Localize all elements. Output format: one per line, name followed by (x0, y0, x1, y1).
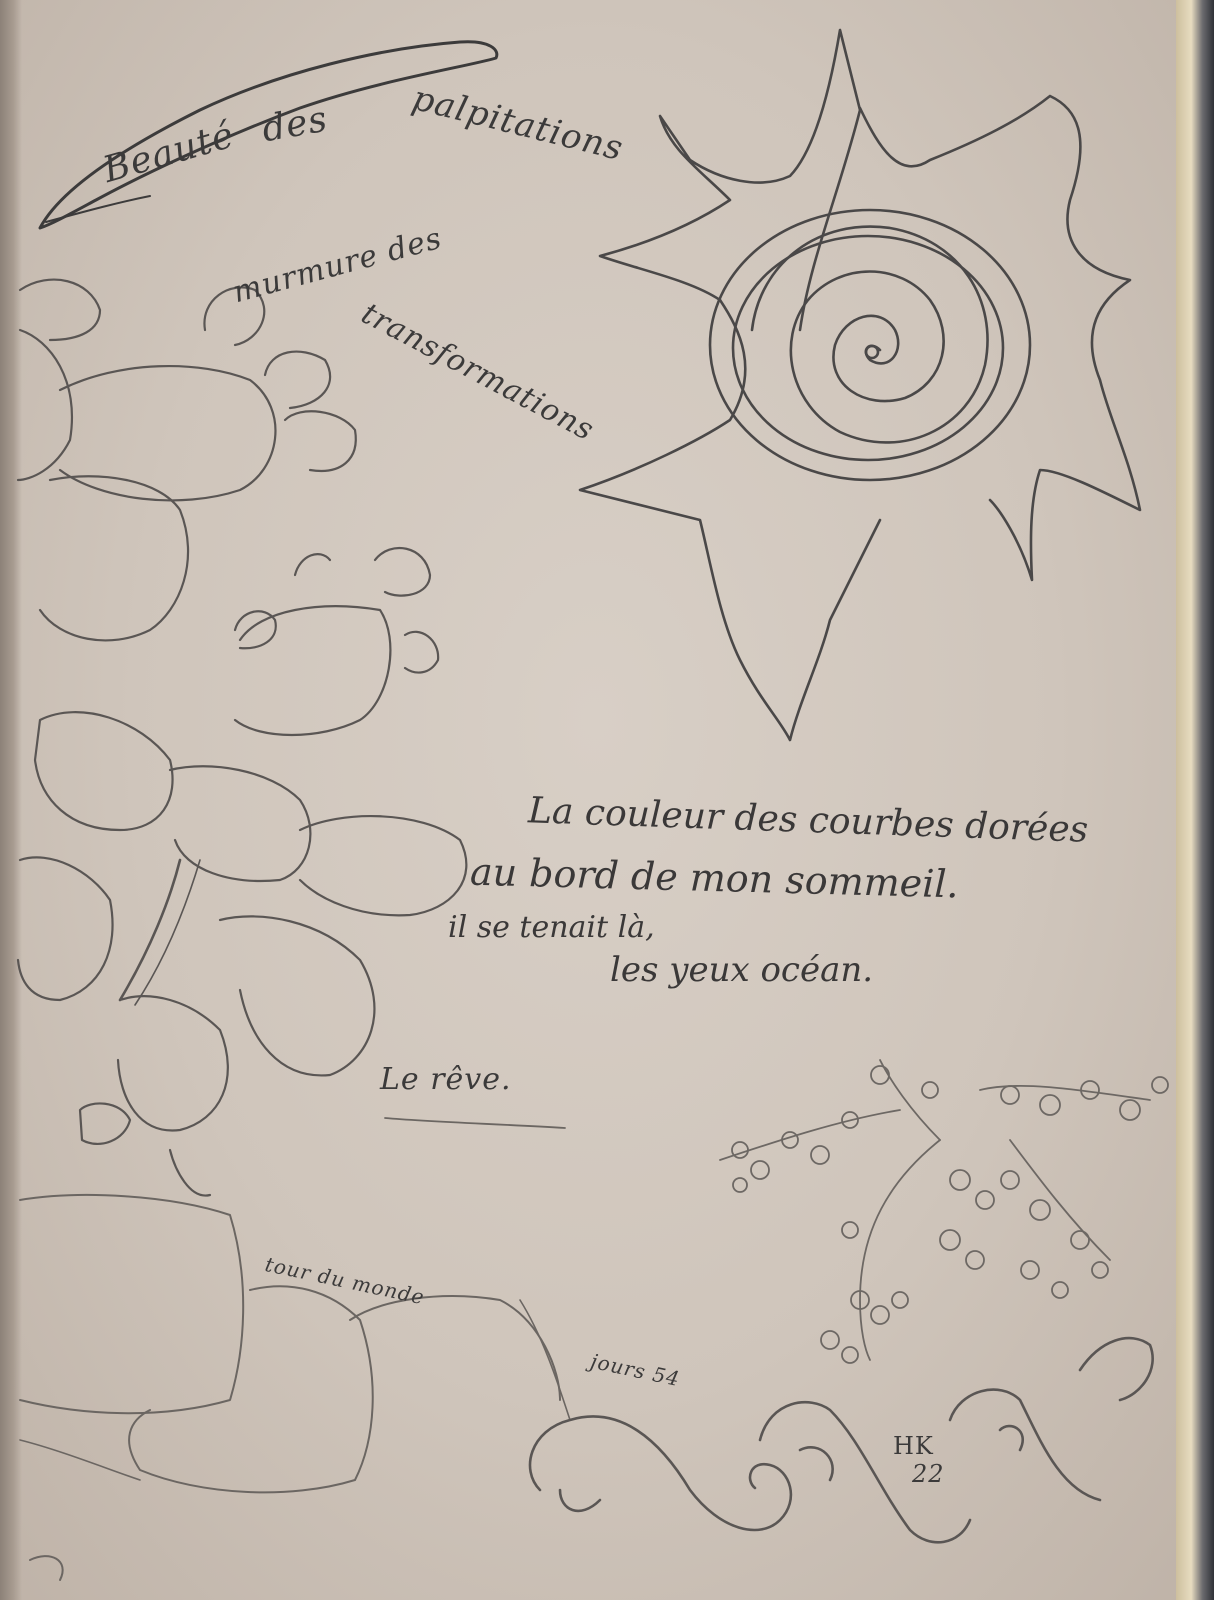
signature-year: 22 (912, 1460, 945, 1488)
page-right-edge (1176, 0, 1214, 1600)
flower-cluster-drawing (18, 280, 466, 1196)
signature-initials: HK (893, 1432, 934, 1460)
sketch-page: Beauté des palpitations murmure des tran… (0, 0, 1190, 1600)
blossom-branch-drawing (720, 1060, 1168, 1363)
spiral-sun-drawing (580, 30, 1140, 740)
le-reve-underline (385, 1118, 565, 1128)
poem-line-4: les yeux océan. (610, 950, 873, 990)
handwriting-le-reve: Le rêve. (380, 1062, 512, 1097)
poem-line-3: il se tenait là, (448, 910, 655, 945)
rocks-drawing (20, 1195, 570, 1580)
